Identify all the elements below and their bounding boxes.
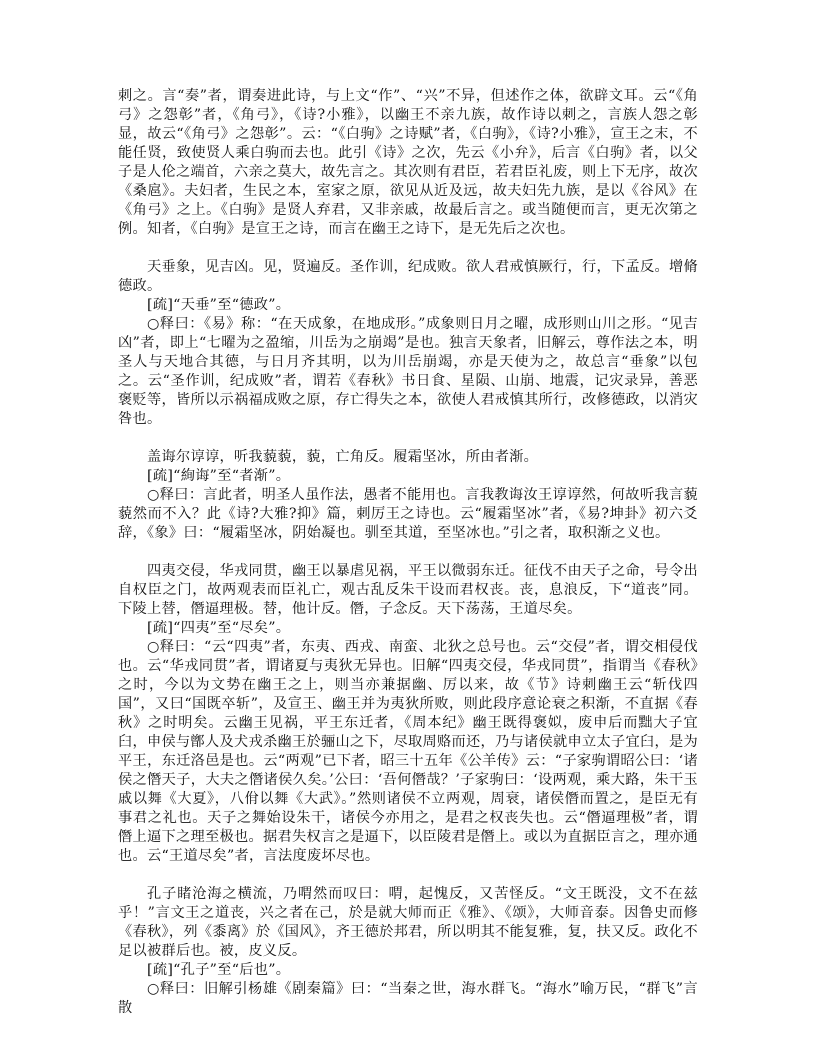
paragraph-commentary-1: 刺之。言“奏”者，谓奏进此诗，与上文“作”、“兴”不异，但述作之体，欲辟文耳。云… — [118, 87, 698, 239]
paragraph-shu-heading-siyi: [疏]“四夷”至“尽矣”。 — [118, 619, 698, 638]
paragraph-main-text-gaihui: 盖诲尔谆谆，听我藐藐，藐，亡角反。履霜坚冰，所由者渐。 — [118, 448, 698, 467]
paragraph-gap — [118, 429, 698, 448]
paragraph-gap — [118, 239, 698, 258]
paragraph-shiyue-siyi: ○释曰：“云“四夷”者，东夷、西戎、南蛮、北狄之总号也。云“交侵”者，谓交相侵伐… — [118, 638, 698, 866]
paragraph-main-text-siyi: 四夷交侵，华戎同贯，幽王以暴虐见祸，平王以微弱东迁。征伐不由天子之命，号令出自权… — [118, 562, 698, 619]
paragraph-shiyue-gaihui: ○释曰：言此者，明圣人虽作法，愚者不能用也。言我教诲汝王谆谆然，何故听我言藐藐然… — [118, 486, 698, 543]
paragraph-shiyue-tianchui: ○释曰：《易》称：“在天成象，在地成形。”成象则日月之曜，成形则山川之形。“见吉… — [118, 315, 698, 429]
document-page: 刺之。言“奏”者，谓奏进此诗，与上文“作”、“兴”不异，但述作之体，欲辟文耳。云… — [118, 87, 698, 1018]
paragraph-shu-heading-gaihui: [疏]“絢诲”至“者渐”。 — [118, 467, 698, 486]
paragraph-gap — [118, 543, 698, 562]
paragraph-main-text-kongzi: 孔子睹沧海之横流，乃喟然而叹曰：喟，起愧反，又苦怪反。“文王既没，文不在兹乎！”… — [118, 885, 698, 961]
paragraph-shiyue-kongzi: ○释曰：旧解引杨雄《剧秦篇》曰：“当秦之世，海水群飞。“海水”喻万民，“群飞”言… — [118, 980, 698, 1018]
paragraph-main-text-tianchui: 天垂象，见吉凶。见，贤遍反。圣作训，纪成败。欲人君戒慎厥行，行，下孟反。增脩德政… — [118, 258, 698, 296]
paragraph-shu-heading-tianchui: [疏]“天垂”至“德政”。 — [118, 296, 698, 315]
paragraph-gap — [118, 866, 698, 885]
paragraph-shu-heading-kongzi: [疏]“孔子”至“后也”。 — [118, 961, 698, 980]
